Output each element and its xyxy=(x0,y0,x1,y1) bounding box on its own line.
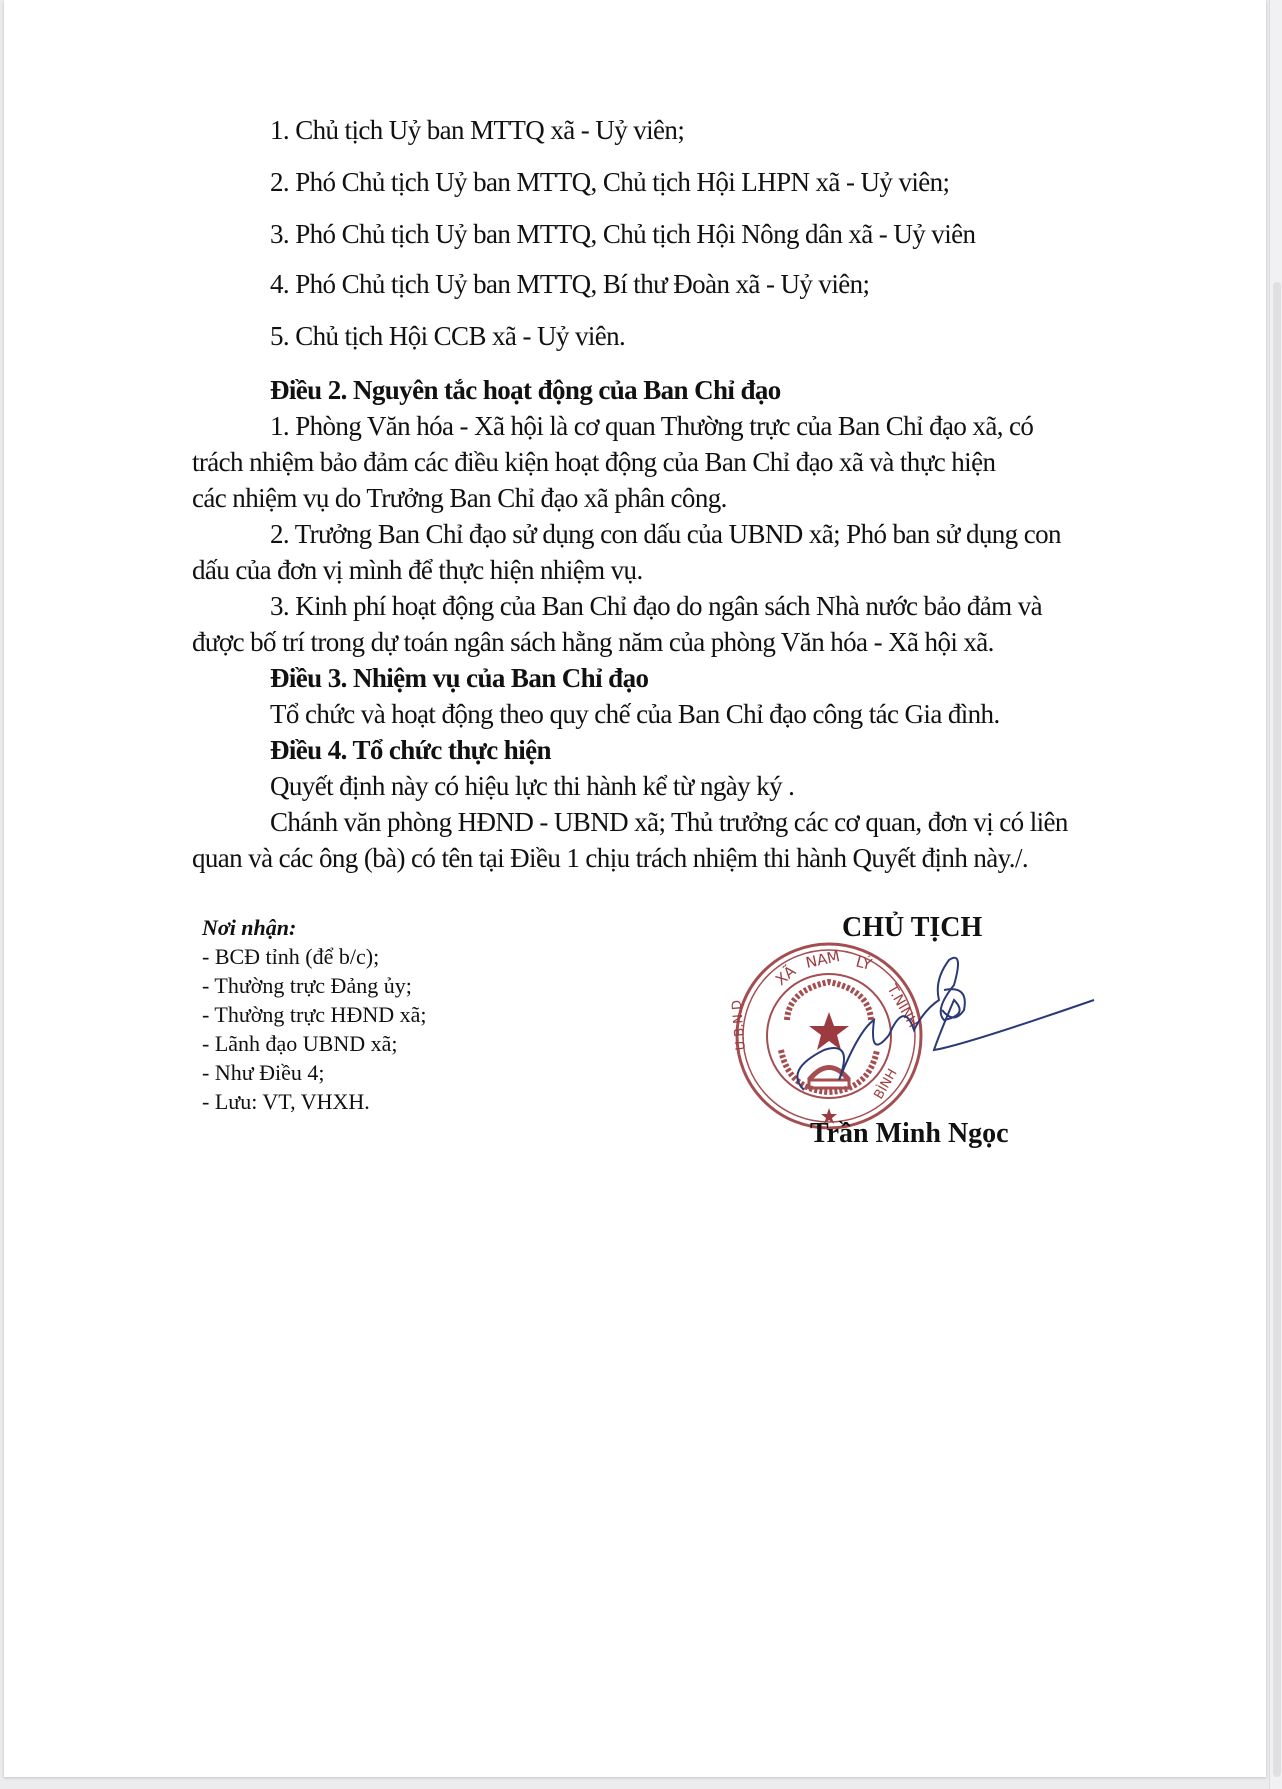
recipient-item: - Thường trực HĐND xã; xyxy=(202,1000,426,1029)
article-2-para-3-line-1: 3. Kinh phí hoạt động của Ban Chỉ đạo do… xyxy=(270,590,1042,622)
recipient-item: - BCĐ tỉnh (để b/c); xyxy=(202,942,379,971)
handwritten-signature-icon xyxy=(764,940,1104,1110)
article-2-para-1-line-3: các nhiệm vụ do Trưởng Ban Chỉ đạo xã ph… xyxy=(192,482,727,514)
article-3-body: Tổ chức và hoạt động theo quy chế của Ba… xyxy=(270,698,1000,730)
signer-name: Trần Minh Ngọc xyxy=(810,1118,1009,1150)
member-item-5: 5. Chủ tịch Hội CCB xã - Uỷ viên. xyxy=(270,320,625,352)
article-4-para-1: Quyết định này có hiệu lực thi hành kể t… xyxy=(270,770,794,802)
recipient-item: - Lưu: VT, VHXH. xyxy=(202,1087,370,1116)
member-item-1: 1. Chủ tịch Uỷ ban MTTQ xã - Uỷ viên; xyxy=(270,114,684,146)
article-2-heading: Điều 2. Nguyên tắc hoạt động của Ban Chỉ… xyxy=(270,374,781,406)
article-4-para-2-line-1: Chánh văn phòng HĐND - UBND xã; Thủ trưở… xyxy=(270,806,1068,838)
vertical-scrollbar[interactable] xyxy=(1269,0,1282,1789)
article-2-para-3-line-2: được bố trí trong dự toán ngân sách hằng… xyxy=(192,626,994,658)
recipient-item: - Như Điều 4; xyxy=(202,1058,325,1087)
article-2-para-2-line-2: dấu của đơn vị mình để thực hiện nhiệm v… xyxy=(192,554,643,586)
member-item-4: 4. Phó Chủ tịch Uỷ ban MTTQ, Bí thư Đoàn… xyxy=(270,268,869,300)
recipients-title: Nơi nhận: xyxy=(202,913,296,942)
article-2-para-1-line-2: trách nhiệm bảo đảm các điều kiện hoạt đ… xyxy=(192,446,995,478)
scrollbar-thumb[interactable] xyxy=(1273,282,1281,1777)
member-item-3: 3. Phó Chủ tịch Uỷ ban MTTQ, Chủ tịch Hộ… xyxy=(270,218,975,250)
article-3-heading: Điều 3. Nhiệm vụ của Ban Chỉ đạo xyxy=(270,662,648,694)
document-page: 1. Chủ tịch Uỷ ban MTTQ xã - Uỷ viên; 2.… xyxy=(4,0,1266,1777)
article-2-para-1-line-1: 1. Phòng Văn hóa - Xã hội là cơ quan Thư… xyxy=(270,410,1033,442)
svg-text:U.B.N.D: U.B.N.D xyxy=(730,999,749,1051)
article-2-para-2-line-1: 2. Trưởng Ban Chỉ đạo sử dụng con dấu củ… xyxy=(270,518,1061,550)
recipient-item: - Lãnh đạo UBND xã; xyxy=(202,1029,398,1058)
member-item-2: 2. Phó Chủ tịch Uỷ ban MTTQ, Chủ tịch Hộ… xyxy=(270,166,949,198)
article-4-heading: Điều 4. Tổ chức thực hiện xyxy=(270,734,551,766)
recipient-item: - Thường trực Đảng ủy; xyxy=(202,971,412,1000)
article-4-para-2-line-2: quan và các ông (bà) có tên tại Điều 1 c… xyxy=(192,842,1028,874)
